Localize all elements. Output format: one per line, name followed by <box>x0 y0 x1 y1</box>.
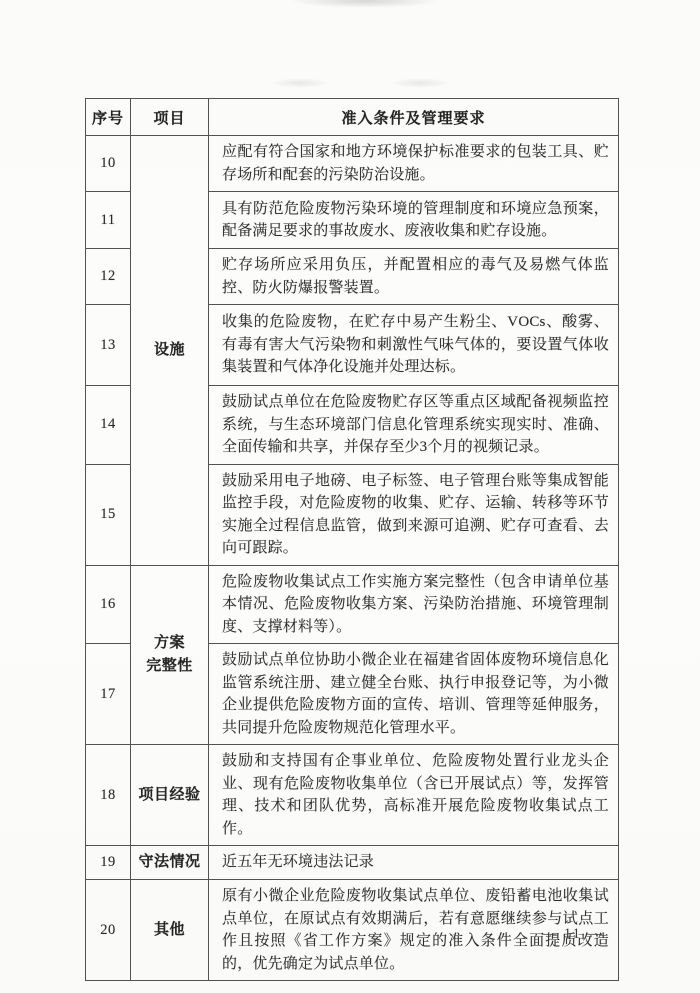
row-number: 12 <box>86 249 131 305</box>
scan-artifact <box>270 78 330 88</box>
scanned-document-page: 序号 项目 准入条件及管理要求 10 设施 应配有符合国家和地方环境保护标准要求… <box>0 0 700 993</box>
header-serial-number: 序号 <box>86 99 131 136</box>
row-number: 14 <box>86 386 131 465</box>
category-other: 其他 <box>131 880 209 981</box>
header-item: 项目 <box>131 99 209 136</box>
table-row: 10 设施 应配有符合国家和地方环境保护标准要求的包装工具、贮存场所和配套的污染… <box>86 136 619 192</box>
requirement-text: 鼓励和支持国有企事业单位、危险废物处置行业龙头企业、现有危险废物收集单位（含已开… <box>209 745 619 846</box>
table-row: 20 其他 原有小微企业危险废物收集试点单位、废铅蓄电池收集试点单位，在原试点有… <box>86 880 619 981</box>
category-plan-completeness: 方案 完整性 <box>131 565 209 745</box>
scan-artifact <box>290 0 440 8</box>
requirement-text: 鼓励采用电子地磅、电子标签、电子管理台账等集成智能监控手段，对危险废物的收集、贮… <box>209 464 619 565</box>
category-project-experience: 项目经验 <box>131 745 209 846</box>
row-number: 15 <box>86 464 131 565</box>
row-number: 18 <box>86 745 131 846</box>
row-number: 19 <box>86 846 131 880</box>
page-number: — 11 — <box>542 926 604 943</box>
requirement-text: 应配有符合国家和地方环境保护标准要求的包装工具、贮存场所和配套的污染防治设施。 <box>209 136 619 192</box>
admission-requirements-table: 序号 项目 准入条件及管理要求 10 设施 应配有符合国家和地方环境保护标准要求… <box>85 98 619 981</box>
requirement-text: 危险废物收集试点工作实施方案完整性（包含申请单位基本情况、危险废物收集方案、污染… <box>209 565 619 644</box>
category-legal-compliance: 守法情况 <box>131 846 209 880</box>
header-requirements: 准入条件及管理要求 <box>209 99 619 136</box>
row-number: 11 <box>86 192 131 249</box>
requirement-text: 鼓励试点单位协助小微企业在福建省固体废物环境信息化监管系统注册、建立健全台账、执… <box>209 644 619 745</box>
table-row: 16 方案 完整性 危险废物收集试点工作实施方案完整性（包含申请单位基本情况、危… <box>86 565 619 644</box>
row-number: 20 <box>86 880 131 981</box>
requirement-text: 收集的危险废物，在贮存中易产生粉尘、VOCs、酸雾、有毒有害大气污染物和刺激性气… <box>209 305 619 386</box>
row-number: 17 <box>86 644 131 745</box>
row-number: 10 <box>86 136 131 192</box>
requirement-text: 贮存场所应采用负压，并配置相应的毒气及易燃气体监控、防火防爆报警装置。 <box>209 249 619 305</box>
table-row: 19 守法情况 近五年无环境违法记录 <box>86 846 619 880</box>
row-number: 16 <box>86 565 131 644</box>
table-row: 18 项目经验 鼓励和支持国有企事业单位、危险废物处置行业龙头企业、现有危险废物… <box>86 745 619 846</box>
category-facilities: 设施 <box>131 136 209 566</box>
requirement-text: 鼓励试点单位在危险废物贮存区等重点区域配备视频监控系统，与生态环境部门信息化管理… <box>209 386 619 465</box>
table-header-row: 序号 项目 准入条件及管理要求 <box>86 99 619 136</box>
requirement-text: 近五年无环境违法记录 <box>209 846 619 880</box>
scan-artifact <box>390 78 450 88</box>
requirement-text: 具有防范危险废物污染环境的管理制度和环境应急预案，配备满足要求的事故废水、废液收… <box>209 192 619 249</box>
row-number: 13 <box>86 305 131 386</box>
